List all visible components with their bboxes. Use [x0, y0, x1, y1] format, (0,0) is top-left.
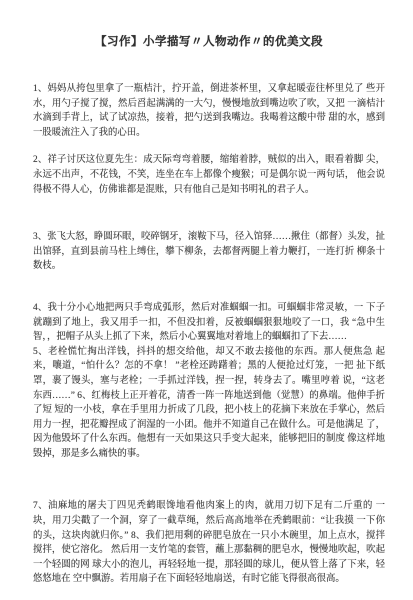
document-page: 【习作】小学描写〃人物动作〃的优美文段 1、妈妈从挎包里拿了一瓶桔汁，拧开盖，倒…	[0, 0, 413, 600]
paragraph-2-text: 2、祥子讨厌这位夏先生：成天际弯弯着腰，缩缩着脖，贼似的出入，眼看着脚 尖，永远…	[33, 155, 385, 194]
paragraph-3: 3、张飞大怒，睁圆环眼，咬碎钢牙，滚鞍下马，径入馆驿……揪住（都督）头发，扯出馆…	[33, 230, 385, 274]
paragraph-1: 1、妈妈从挎包里拿了一瓶桔汁，拧开盖，倒进茶杯里，又拿起暖壶往杯里兑了 些开水，…	[33, 82, 385, 140]
paragraph-5-6: 5、老栓慌忙掏出洋钱，抖抖的想交给他，却又不敢去接他的东西。那人便焦急 起来，嚷…	[33, 345, 385, 462]
paragraph-1-text: 1、妈妈从挎包里拿了一瓶桔汁，拧开盖，倒进茶杯里，又拿起暖壶往杯里兑了 些开水，…	[33, 84, 385, 138]
paragraph-6-text: 6、红梅枝上正开着花，清香一阵一阵地送到他（觉慧）的鼻端。他伸手折了短 短的一小…	[33, 391, 385, 459]
paragraph-3-text: 3、张飞大怒，睁圆环眼，咬碎钢牙，滚鞍下马，径入馆驿……揪住（都督）头发，扯出馆…	[33, 232, 385, 271]
paragraph-4: 4、我十分小心地把两只手弯成弧形，然后对准蝈蝈一扣。可蝈蝈非常灵敏，一 下子就蹦…	[33, 301, 385, 345]
paragraph-2: 2、祥子讨厌这位夏先生：成天际弯弯着腰，缩缩着脖，贼似的出入，眼看着脚 尖，永远…	[33, 153, 385, 197]
document-title: 【习作】小学描写〃人物动作〃的优美文段	[33, 33, 385, 49]
paragraph-7-8: 7、油麻地的屠夫丁四见秃鹤眼馋地看他肉案上的肉，就用刀切下足有二斤重的 一块，用…	[33, 499, 385, 587]
paragraph-4-text: 4、我十分小心地把两只手弯成弧形，然后对准蝈蝈一扣。可蝈蝈非常灵敏，一 下子就蹦…	[33, 303, 385, 342]
